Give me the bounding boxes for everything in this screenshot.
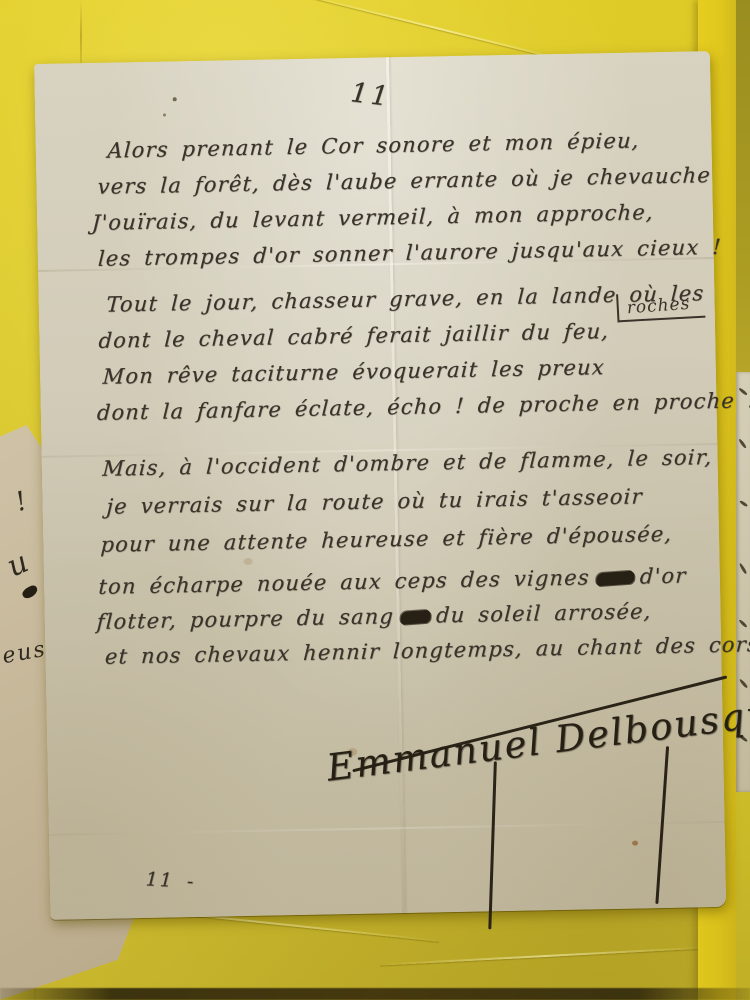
insertion-bracket-mark: [616, 290, 705, 323]
poem-line: et nos chevaux hennir longtemps, au chan…: [104, 632, 750, 669]
poem-line: Mon rêve taciturne évoquerait les preux: [102, 352, 750, 389]
poem-line: dont la fanfare éclate, écho ! de proche…: [96, 388, 750, 425]
poem-line: pour une attente heureuse et fière d'épo…: [100, 521, 709, 557]
foxing-spot: [632, 841, 638, 846]
signature-descender-stroke: [488, 761, 497, 929]
page-number-bottom: 11 -: [145, 868, 196, 892]
handwriting-fragment: [738, 438, 747, 449]
poem-line: Mais, à l'occident d'ombre et de flamme,…: [102, 445, 713, 481]
inked-out-word: [597, 571, 635, 587]
folder-crease: [80, 0, 82, 72]
handwriting-fragment: [739, 678, 748, 688]
poem-line: dont le cheval cabré ferait jaillir du f…: [98, 316, 750, 353]
poem-line: flotter, pourpre du sangdu soleil arrosé…: [96, 597, 750, 634]
folder-edge-bottom: [736, 792, 750, 1000]
signature: Emmanuel Delbousquet.: [324, 685, 750, 790]
horizontal-fold-crease: [49, 821, 725, 836]
handwriting-fragment: !: [12, 486, 31, 518]
poem-line: J'ouïrais, du levant vermeil, à mon appr…: [91, 199, 724, 235]
poem-stanza-1: Alors prenant le Cor sonore et mon épieu…: [101, 127, 728, 271]
foxing-spot: [244, 558, 253, 565]
poem-stanza-3: Mais, à l'occident d'ombre et de flamme,…: [98, 445, 713, 557]
manuscript-page: 11 Alors prenant le Cor sonore et mon ép…: [34, 51, 726, 920]
ink-scribble: [21, 584, 40, 601]
foxing-spot: [163, 113, 166, 116]
handwriting-fragment: [739, 500, 748, 508]
page-number-top: 11: [349, 77, 393, 113]
poem-line-segment: ton écharpe nouée aux ceps des vignes: [98, 565, 591, 598]
photo-scene: ! u euse » 11 Alors prenant le Cor sonor…: [0, 0, 750, 1000]
poem-line: ton écharpe nouée aux ceps des vignesd'o…: [98, 562, 750, 599]
poem-line: je verrais sur la route où tu irais t'as…: [106, 483, 711, 519]
poem-stanza-4: ton écharpe nouée aux ceps des vignesd'o…: [94, 562, 750, 669]
poem-line-segment: d'or: [639, 564, 687, 589]
poem-line: Alors prenant le Cor sonore et mon épieu…: [107, 127, 728, 163]
folder-crease: [380, 946, 710, 965]
inked-out-word: [401, 610, 431, 625]
poem-line: les trompes d'or sonner l'aurore jusqu'a…: [97, 235, 722, 271]
poem-line-segment: du soleil arrosée,: [436, 599, 653, 627]
poem-line-segment: flotter, pourpre du sang: [96, 604, 395, 634]
poem-line: vers la forêt, dès l'aube errante où je …: [97, 163, 726, 199]
signature-descender-stroke: [655, 746, 669, 904]
handwriting-fragment: u: [2, 545, 34, 585]
photo-bottom-shadow: [0, 988, 750, 1000]
foxing-spot: [173, 97, 177, 101]
